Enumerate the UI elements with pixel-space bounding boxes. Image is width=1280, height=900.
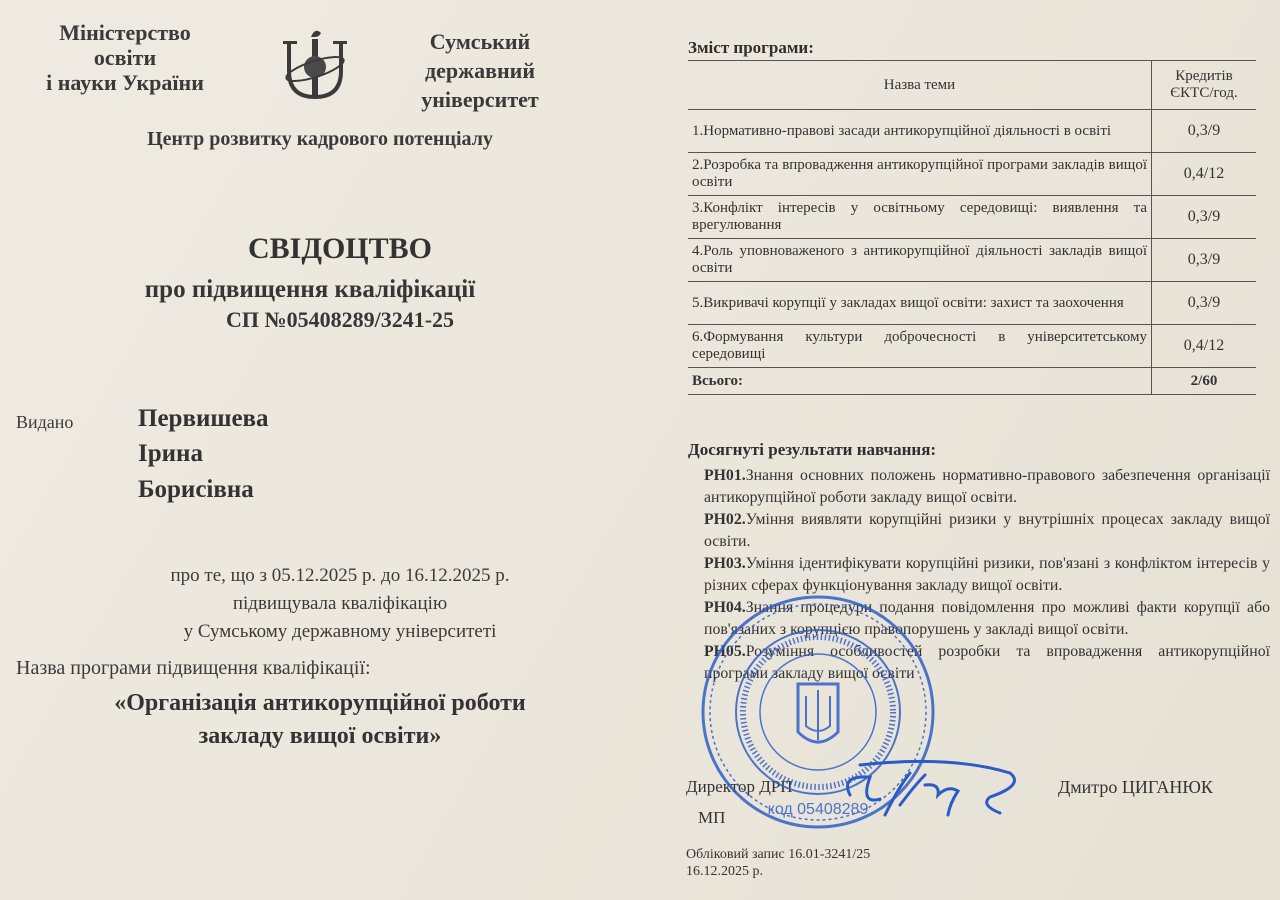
credits-cell: 0,3/9 bbox=[1152, 196, 1257, 239]
learning-result-item: РН02.Уміння виявляти корупційні ризики у… bbox=[704, 509, 1270, 553]
program-name-line: «Організація антикорупційної роботи bbox=[20, 687, 620, 720]
table-row: 5.Викривачі корупції у закладах вищої ос… bbox=[688, 282, 1256, 325]
learning-results-title: Досягнуті результати навчання: bbox=[688, 440, 936, 460]
university-line: університет bbox=[400, 85, 560, 114]
credits-cell: 0,4/12 bbox=[1152, 153, 1257, 196]
training-period: про те, що з 05.12.2025 р. до 16.12.2025… bbox=[40, 562, 640, 646]
period-line: у Сумському державному університеті bbox=[40, 618, 640, 646]
record-info: Обліковий запис 16.01-3241/25 16.12.2025… bbox=[686, 846, 870, 880]
result-text: Уміння ідентифікувати корупційні ризики,… bbox=[704, 555, 1270, 594]
learning-result-item: РН05.Розуміння особливостей розробки та … bbox=[704, 641, 1270, 685]
seal-label: МП bbox=[698, 808, 725, 828]
credits-value: 0,3/9 bbox=[1188, 208, 1220, 225]
credits-cell: 0,3/9 bbox=[1152, 239, 1257, 282]
total-label: Всього: bbox=[688, 368, 1152, 395]
sumdu-logo-icon bbox=[275, 25, 355, 105]
credits-value: 0,3/9 bbox=[1188, 122, 1220, 139]
result-code: РН01. bbox=[704, 467, 746, 484]
topic-cell: 2.Розробка та впровадження антикорупційн… bbox=[688, 153, 1152, 196]
table-row: 6.Формування культури доброчесності в ун… bbox=[688, 325, 1256, 368]
result-text: Знання процедури подання повідомлення пр… bbox=[704, 599, 1270, 638]
credits-value: 0,3/9 bbox=[1188, 251, 1220, 268]
recipient-patronymic: Борисівна bbox=[138, 476, 254, 504]
record-number: Обліковий запис 16.01-3241/25 bbox=[686, 846, 870, 863]
credits-cell: 0,4/12 bbox=[1152, 325, 1257, 368]
program-name: «Організація антикорупційної роботи закл… bbox=[20, 687, 620, 753]
director-signature bbox=[830, 755, 1030, 825]
result-code: РН03. bbox=[704, 555, 746, 572]
topic-cell: 3.Конфлікт інтересів у освітньому середо… bbox=[688, 196, 1152, 239]
table-row: 1.Нормативно-правові засади антикорупцій… bbox=[688, 110, 1256, 153]
table-total-row: Всього: 2/60 bbox=[688, 368, 1256, 395]
director-name: Дмитро ЦИГАНЮК bbox=[1058, 777, 1213, 798]
learning-result-item: РН03.Уміння ідентифікувати корупційні ри… bbox=[704, 553, 1270, 597]
topic-cell: 6.Формування культури доброчесності в ун… bbox=[688, 325, 1152, 368]
ministry-line: Міністерство bbox=[20, 20, 230, 45]
credits-value: 0,4/12 bbox=[1184, 165, 1224, 182]
university-line: державний bbox=[400, 56, 560, 85]
certificate-title: СВІДОЦТВО bbox=[60, 232, 620, 266]
svg-text:код 05408289: код 05408289 bbox=[768, 801, 869, 818]
topic-cell: 5.Викривачі корупції у закладах вищої ос… bbox=[688, 282, 1152, 325]
certificate-page: Міністерство освіти і науки України Сумс… bbox=[0, 0, 1280, 900]
table-header-row: Назва теми Кредитів ЄКТС/год. bbox=[688, 61, 1256, 110]
period-line: підвищувала кваліфікацію bbox=[40, 590, 640, 618]
result-text: Розуміння особливостей розробки та впров… bbox=[704, 643, 1270, 682]
program-name-line: закладу вищої освіти» bbox=[20, 720, 620, 753]
credits-value: 0,4/12 bbox=[1184, 337, 1224, 354]
result-text: Знання основних положень нормативно-прав… bbox=[704, 467, 1270, 506]
certificate-number: СП №05408289/3241-25 bbox=[60, 307, 620, 333]
learning-result-item: РН01.Знання основних положень нормативно… bbox=[704, 465, 1270, 509]
result-code: РН02. bbox=[704, 511, 746, 528]
credits-value: 0,3/9 bbox=[1188, 294, 1220, 311]
column-header-topic: Назва теми bbox=[688, 61, 1152, 110]
recipient-surname: Первишева bbox=[138, 405, 269, 433]
table-row: 2.Розробка та впровадження антикорупційн… bbox=[688, 153, 1256, 196]
result-text: Уміння виявляти корупційні ризики у внут… bbox=[704, 511, 1270, 550]
issued-label: Видано bbox=[16, 412, 73, 433]
credits-cell: 0,3/9 bbox=[1152, 110, 1257, 153]
director-title: Директор ДРП bbox=[686, 777, 793, 797]
ministry-line: і науки України bbox=[20, 70, 230, 95]
recipient-first-name: Ірина bbox=[138, 440, 203, 468]
ministry-line: освіти bbox=[20, 45, 230, 70]
ministry-name: Міністерство освіти і науки України bbox=[20, 20, 230, 95]
learning-results-list: РН01.Знання основних положень нормативно… bbox=[704, 465, 1270, 685]
topic-cell: 1.Нормативно-правові засади антикорупцій… bbox=[688, 110, 1152, 153]
result-code: РН05. bbox=[704, 643, 746, 660]
column-header-credits: Кредитів ЄКТС/год. bbox=[1152, 61, 1257, 110]
topic-cell: 4.Роль уповноваженого з антикорупційної … bbox=[688, 239, 1152, 282]
credits-cell: 0,3/9 bbox=[1152, 282, 1257, 325]
result-code: РН04. bbox=[704, 599, 746, 616]
certificate-subtitle: про підвищення кваліфікації bbox=[60, 276, 560, 304]
table-row: 4.Роль уповноваженого з антикорупційної … bbox=[688, 239, 1256, 282]
university-name: Сумський державний університет bbox=[400, 27, 560, 114]
program-label: Назва програми підвищення кваліфікації: bbox=[16, 657, 371, 680]
learning-result-item: РН04.Знання процедури подання повідомлен… bbox=[704, 597, 1270, 641]
table-row: 3.Конфлікт інтересів у освітньому середо… bbox=[688, 196, 1256, 239]
university-line: Сумський bbox=[400, 27, 560, 56]
center-name: Центр розвитку кадрового потенціалу bbox=[60, 128, 580, 151]
record-date: 16.12.2025 р. bbox=[686, 863, 870, 880]
total-value: 2/60 bbox=[1152, 368, 1257, 395]
period-line: про те, що з 05.12.2025 р. до 16.12.2025… bbox=[40, 562, 640, 590]
program-content-table: Назва теми Кредитів ЄКТС/год. 1.Норматив… bbox=[688, 60, 1256, 395]
program-content-title: Зміст програми: bbox=[688, 38, 814, 58]
